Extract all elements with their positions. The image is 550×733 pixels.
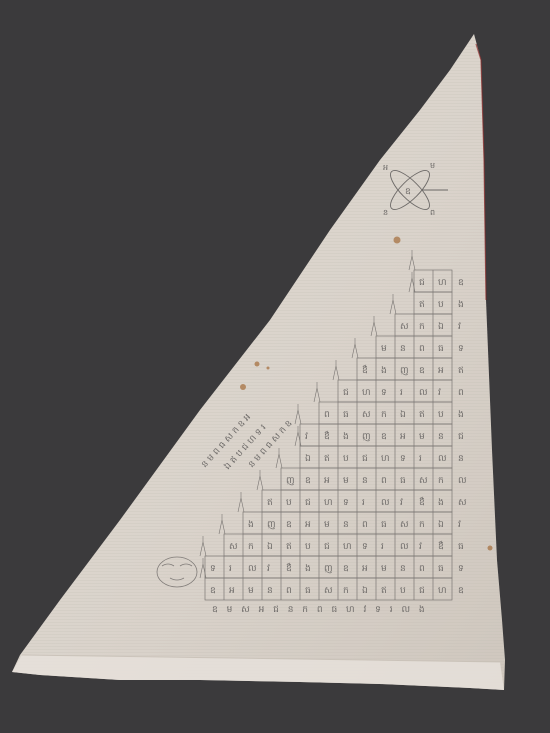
svg-text:ទ: ទ bbox=[400, 454, 406, 464]
svg-text:ន: ន bbox=[400, 564, 406, 574]
svg-text:ទ: ទ bbox=[362, 542, 368, 552]
svg-text:ព: ព bbox=[458, 388, 464, 398]
svg-text:វ: វ bbox=[458, 322, 461, 332]
yantra-photo: ឧ អ ម ន ព ន ម ព ធ ស ក ឧ អ ឯ ឥ ប ជ ហ ទ រ … bbox=[0, 0, 550, 733]
bottom-text-row: ឧ ម ស អ ជ ន ក ព ធ ហ វ ទ រ ល ង bbox=[212, 605, 428, 615]
svg-text:ប: ប bbox=[343, 454, 349, 464]
svg-text:អ: អ bbox=[362, 564, 368, 574]
svg-text:ប: ប bbox=[400, 586, 406, 596]
svg-text:ញ: ញ bbox=[400, 366, 409, 376]
svg-text:ឥ: ឥ bbox=[419, 410, 425, 420]
svg-text:ក: ក bbox=[419, 322, 425, 332]
svg-text:ឧ: ឧ bbox=[343, 564, 349, 574]
svg-text:អ: អ bbox=[305, 520, 311, 530]
svg-text:ធ: ធ bbox=[400, 476, 406, 486]
svg-text:ម: ម bbox=[419, 432, 425, 442]
svg-text:ប: ប bbox=[286, 498, 292, 508]
svg-text:ព: ព bbox=[324, 410, 330, 420]
svg-text:ឳ: ឳ bbox=[362, 364, 368, 376]
svg-text:ហ: ហ bbox=[343, 542, 352, 552]
svg-text:ម: ម bbox=[248, 586, 254, 596]
svg-text:ព: ព bbox=[430, 208, 435, 217]
svg-text:ន: ន bbox=[458, 454, 464, 464]
svg-text:ស: ស bbox=[324, 586, 333, 596]
svg-text:ម: ម bbox=[324, 520, 330, 530]
svg-text:ឥ: ឥ bbox=[419, 300, 425, 310]
svg-text:ង: ង bbox=[343, 432, 349, 442]
svg-text:ឳ: ឳ bbox=[438, 540, 444, 552]
svg-text:ម: ម bbox=[343, 476, 349, 486]
svg-text:ង: ង bbox=[438, 498, 444, 508]
svg-text:អ: អ bbox=[229, 586, 235, 596]
svg-text:ឧ: ឧ bbox=[458, 586, 464, 596]
svg-text:ឧ: ឧ bbox=[286, 520, 292, 530]
svg-text:ស: ស bbox=[419, 476, 428, 486]
svg-text:វ: វ bbox=[419, 542, 422, 552]
svg-text:ន: ន bbox=[383, 208, 388, 217]
svg-text:ជ: ជ bbox=[305, 498, 311, 508]
svg-text:រ: រ bbox=[229, 564, 232, 574]
svg-text:ល: ល bbox=[419, 388, 428, 398]
svg-text:ឥ: ឥ bbox=[267, 498, 273, 508]
svg-text:ស: ស bbox=[400, 322, 409, 332]
svg-text:អ: អ bbox=[438, 366, 444, 376]
svg-text:ឯ: ឯ bbox=[400, 410, 406, 420]
svg-text:ធ: ធ bbox=[343, 410, 349, 420]
svg-text:ន: ន bbox=[438, 432, 444, 442]
svg-text:ធ: ធ bbox=[381, 520, 387, 530]
svg-text:វ: វ bbox=[305, 432, 308, 442]
svg-text:ជ: ជ bbox=[458, 432, 464, 442]
svg-text:ប: ប bbox=[438, 300, 444, 310]
svg-text:ព: ព bbox=[286, 586, 292, 596]
svg-text:ទ: ទ bbox=[458, 564, 464, 574]
svg-text:វ: វ bbox=[267, 564, 270, 574]
svg-text:ក: ក bbox=[248, 542, 254, 552]
svg-text:ក: ក bbox=[381, 410, 387, 420]
svg-text:ន: ន bbox=[267, 586, 273, 596]
svg-text:ង: ង bbox=[248, 520, 254, 530]
svg-text:ឳ: ឳ bbox=[324, 430, 330, 442]
svg-text:ឧ: ឧ bbox=[210, 586, 216, 596]
svg-text:ញ: ញ bbox=[267, 520, 276, 530]
svg-text:ល: ល bbox=[400, 542, 409, 552]
svg-text:រ: រ bbox=[400, 388, 403, 398]
svg-text:ទ: ទ bbox=[343, 498, 349, 508]
svg-text:រ: រ bbox=[381, 542, 384, 552]
svg-text:ស: ស bbox=[229, 542, 238, 552]
svg-text:ឥ: ឥ bbox=[381, 586, 387, 596]
svg-text:ជ: ជ bbox=[362, 454, 368, 464]
svg-text:អ: អ bbox=[383, 163, 388, 172]
svg-text:ធ: ធ bbox=[438, 564, 444, 574]
svg-text:ង: ង bbox=[305, 564, 311, 574]
svg-text:វ: វ bbox=[438, 388, 441, 398]
svg-text:ញ: ញ bbox=[324, 564, 333, 574]
svg-text:ព: ព bbox=[419, 564, 425, 574]
svg-text:រ: រ bbox=[419, 454, 422, 464]
svg-text:ល: ល bbox=[248, 564, 257, 574]
svg-text:ទ: ទ bbox=[210, 564, 216, 574]
svg-text:ន: ន bbox=[400, 344, 406, 354]
svg-text:ឳ: ឳ bbox=[286, 562, 292, 574]
svg-text:ម: ម bbox=[430, 161, 435, 170]
svg-text:ធ: ធ bbox=[438, 344, 444, 354]
svg-text:ឥ: ឥ bbox=[324, 454, 330, 464]
svg-text:ឯ: ឯ bbox=[305, 454, 311, 464]
svg-text:ម: ម bbox=[381, 344, 387, 354]
svg-text:ជ: ជ bbox=[419, 586, 425, 596]
svg-text:ហ: ហ bbox=[438, 278, 447, 288]
svg-text:អ: អ bbox=[400, 432, 406, 442]
svg-text:ធ: ធ bbox=[458, 542, 464, 552]
svg-text:ឯ: ឯ bbox=[438, 520, 444, 530]
svg-text:ទ: ទ bbox=[381, 388, 387, 398]
svg-text:ធ: ធ bbox=[305, 586, 311, 596]
svg-text:ឧ: ឧ bbox=[405, 187, 411, 197]
svg-text:ស: ស bbox=[458, 498, 467, 508]
svg-text:ង: ង bbox=[381, 366, 387, 376]
svg-text:ឯ: ឯ bbox=[362, 586, 368, 596]
svg-text:ហ: ហ bbox=[381, 454, 390, 464]
svg-text:ប: ប bbox=[438, 410, 444, 420]
svg-text:ង: ង bbox=[458, 300, 464, 310]
svg-text:ញ: ញ bbox=[362, 432, 371, 442]
svg-text:ឯ: ឯ bbox=[438, 322, 444, 332]
svg-text:វ: វ bbox=[458, 520, 461, 530]
svg-text:ន: ន bbox=[343, 520, 349, 530]
svg-text:ក: ក bbox=[343, 586, 349, 596]
svg-text:ជ: ជ bbox=[419, 278, 425, 288]
svg-text:ល: ល bbox=[381, 498, 390, 508]
svg-text:ក: ក bbox=[438, 476, 444, 486]
svg-text:អ: អ bbox=[324, 476, 330, 486]
svg-text:ស: ស bbox=[362, 410, 371, 420]
svg-text:ឧ: ឧ bbox=[305, 476, 311, 486]
svg-text:ង: ង bbox=[458, 410, 464, 420]
svg-text:ព: ព bbox=[381, 476, 387, 486]
svg-text:ឯ: ឯ bbox=[267, 542, 273, 552]
svg-text:ជ: ជ bbox=[324, 542, 330, 552]
svg-text:ព: ព bbox=[362, 520, 368, 530]
svg-text:ហ: ហ bbox=[324, 498, 333, 508]
svg-text:រ: រ bbox=[362, 498, 365, 508]
svg-text:ព: ព bbox=[419, 344, 425, 354]
svg-text:វ: វ bbox=[400, 498, 403, 508]
svg-text:ស: ស bbox=[400, 520, 409, 530]
svg-text:ឥ: ឥ bbox=[458, 366, 464, 376]
svg-text:ឳ: ឳ bbox=[419, 496, 425, 508]
svg-text:ទ: ទ bbox=[458, 344, 464, 354]
svg-text:ឧ: ឧ bbox=[458, 278, 464, 288]
svg-text:ញ: ញ bbox=[286, 476, 295, 486]
svg-text:ឧ: ឧ bbox=[381, 432, 387, 442]
svg-text:ន: ន bbox=[362, 476, 368, 486]
svg-text:ក: ក bbox=[419, 520, 425, 530]
svg-text:ម: ម bbox=[381, 564, 387, 574]
svg-text:ល: ល bbox=[438, 454, 447, 464]
svg-text:ឥ: ឥ bbox=[286, 542, 292, 552]
svg-text:ជ: ជ bbox=[343, 388, 349, 398]
svg-text:ឧ: ឧ bbox=[419, 366, 425, 376]
svg-text:ល: ល bbox=[458, 476, 467, 486]
svg-text:ប: ប bbox=[305, 542, 311, 552]
svg-text:ហ: ហ bbox=[362, 388, 371, 398]
svg-text:ហ: ហ bbox=[438, 586, 447, 596]
